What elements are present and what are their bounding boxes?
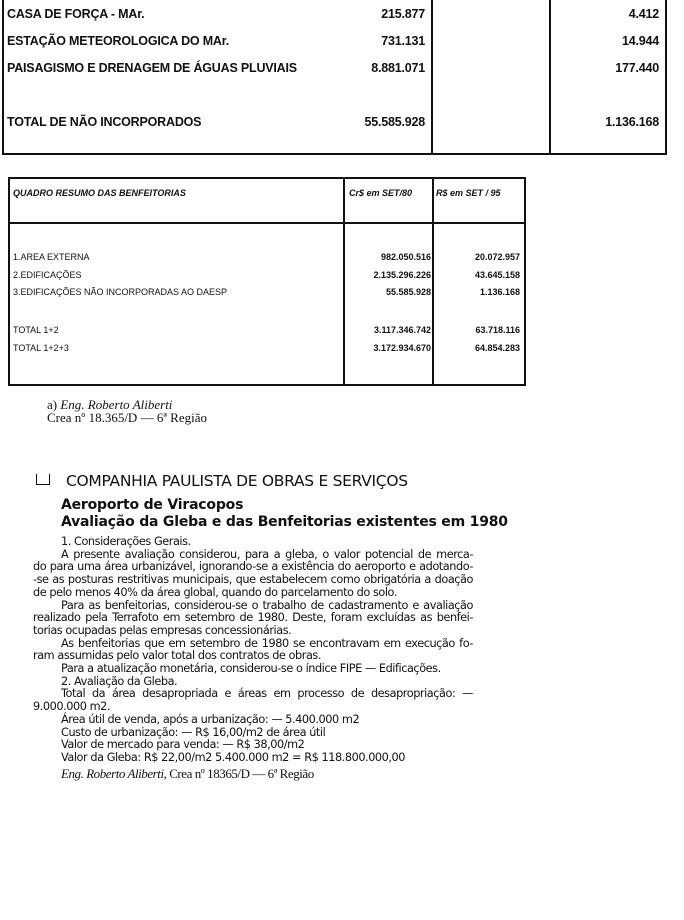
row-label: PAISAGISMO E DRENAGEM DE ÁGUAS PLUVIAIS — [7, 61, 297, 75]
body-line: 9.000.000 m2. — [33, 701, 473, 714]
table-row-total: TOTAL 1+2+3 3.172.934.670 64.854.283 — [10, 343, 524, 357]
row-value-cr: 3.117.346.742 — [345, 325, 431, 335]
row-value-cr: 55.585.928 — [315, 115, 425, 129]
final-signature-name: Eng. Roberto Aliberti — [61, 766, 164, 781]
company-heading: COMPANHIA PAULISTA DE OBRAS E SERVIÇOS — [36, 472, 408, 490]
column-header-cr: Cr$ em SET/80 — [349, 188, 412, 198]
row-label: 3.EDIFICAÇÕES NÃO INCORPORADAS AO DAESP — [13, 287, 227, 297]
row-value-rs: 14.944 — [549, 34, 659, 48]
table-row: CASA DE FORÇA - MAr. 215.877 4.412 — [4, 7, 665, 27]
row-label: ESTAÇÃO METEOROLOGICA DO MAr. — [7, 34, 229, 48]
section-subtitle: Aeroporto de Viracopos — [61, 497, 243, 513]
row-label: TOTAL 1+2+3 — [13, 343, 69, 353]
table-row: 3.EDIFICAÇÕES NÃO INCORPORADAS AO DAESP … — [10, 287, 524, 301]
table-row: 1.AREA EXTERNA 982.050.516 20.072.957 — [10, 252, 524, 266]
row-value-cr: 8.881.071 — [315, 61, 425, 75]
row-value-cr: 731.131 — [315, 34, 425, 48]
body-line: -se as posturas restritivas municipais, … — [33, 574, 473, 587]
signature-crea: Crea nº 18.365/D — 6ª Região — [47, 411, 207, 424]
final-signature-crea: , Crea nº 18365/D — 6ª Região — [164, 766, 314, 781]
row-label: 2.EDIFICAÇÕES — [13, 270, 82, 280]
non-incorporated-table: CASA DE FORÇA - MAr. 215.877 4.412 ESTAÇ… — [2, 0, 667, 155]
table-row-total: TOTAL DE NÃO INCORPORADOS 55.585.928 1.1… — [4, 115, 665, 135]
row-label: TOTAL DE NÃO INCORPORADOS — [7, 115, 201, 129]
summary-table-title: QUADRO RESUMO DAS BENFEITORIAS — [13, 188, 186, 198]
signature-block: a) Eng. Roberto Aliberti Crea nº 18.365/… — [47, 398, 207, 424]
row-value-rs: 177.440 — [549, 61, 659, 75]
row-label: TOTAL 1+2 — [13, 325, 59, 335]
row-value-cr: 2.135.296.226 — [345, 270, 431, 280]
body-line: Área útil de venda, após a urbanização: … — [33, 714, 473, 727]
body-line: de pelo menos 40% da área global, quando… — [33, 587, 473, 600]
row-value-rs: 4.412 — [549, 7, 659, 21]
row-value-cr: 3.172.934.670 — [345, 343, 431, 353]
section-subtitle: Avaliação da Gleba e das Benfeitorias ex… — [61, 514, 508, 530]
body-line: Para a atualização monetária, considerou… — [33, 663, 473, 676]
row-value-rs: 64.854.283 — [436, 343, 520, 353]
header-divider — [10, 222, 524, 224]
row-label: CASA DE FORÇA - MAr. — [7, 7, 144, 21]
table-row: PAISAGISMO E DRENAGEM DE ÁGUAS PLUVIAIS … — [4, 61, 665, 81]
row-value-rs: 1.136.168 — [549, 115, 659, 129]
final-signature: Eng. Roberto Aliberti, Crea nº 18365/D —… — [33, 768, 473, 781]
paragraph-heading: 1. Considerações Gerais. — [33, 536, 473, 549]
bullet-box-icon — [36, 474, 50, 485]
body-text: 1. Considerações Gerais. A presente aval… — [33, 536, 473, 780]
table-row-total: TOTAL 1+2 3.117.346.742 63.718.116 — [10, 325, 524, 339]
table-row: ESTAÇÃO METEOROLOGICA DO MAr. 731.131 14… — [4, 34, 665, 54]
row-value-cr: 982.050.516 — [345, 252, 431, 262]
company-name: COMPANHIA PAULISTA DE OBRAS E SERVIÇOS — [66, 472, 408, 490]
column-header-rs: R$ em SET / 95 — [436, 188, 501, 198]
row-value-cr: 55.585.928 — [345, 287, 431, 297]
body-line: Valor da Gleba: R$ 22,00/m2 5.400.000 m2… — [33, 752, 473, 765]
row-value-rs: 63.718.116 — [436, 325, 520, 335]
row-value-rs: 20.072.957 — [436, 252, 520, 262]
row-value-rs: 1.136.168 — [436, 287, 520, 297]
row-label: 1.AREA EXTERNA — [13, 252, 90, 262]
table-row: 2.EDIFICAÇÕES 2.135.296.226 43.645.158 — [10, 270, 524, 284]
body-line: torias ocupadas pelas empresas concessio… — [33, 625, 473, 638]
summary-table: QUADRO RESUMO DAS BENFEITORIAS Cr$ em SE… — [8, 177, 526, 386]
row-value-cr: 215.877 — [315, 7, 425, 21]
row-value-rs: 43.645.158 — [436, 270, 520, 280]
